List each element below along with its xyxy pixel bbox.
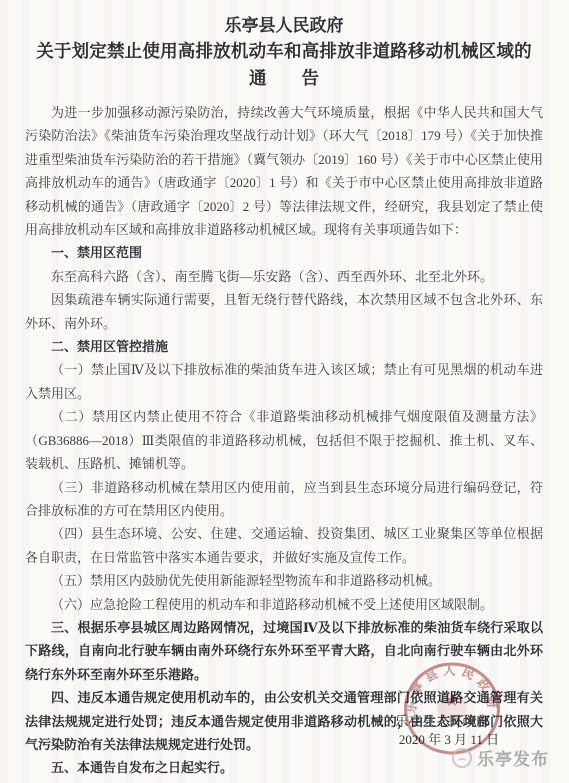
paragraph: （六）应急抢险工程使用的机动车和非道路移动机械不受上述使用区域限制。 [25,593,543,616]
paragraph: 一、禁用区范围 [25,241,543,264]
paragraph: （二）禁用区内禁止使用不符合《非道路柴油移动机械排气烟度限值及测量方法》（GB3… [25,405,543,475]
title-doc-type: 通 告 [25,65,543,92]
paragraph: （四）县生态环境、公安、住建、交通运输、投资集团、城区工业聚集区等单位根据各自职… [25,522,543,569]
paragraph: 二、禁用区管控措施 [25,335,543,358]
paragraph: （一）禁止国Ⅳ及以下排放标准的柴油货车进入该区域；禁止有可见黑烟的机动车进入禁用… [25,358,543,405]
title-authority: 乐亭县人民政府 [25,13,543,38]
paragraph: （三）非道路移动机械在禁用区内使用前，应当到县生态环境分局进行编码登记，符合排放… [25,476,543,523]
paragraph: 东至高科六路（含）、南至腾飞街—乐安路（含）、西至西外环、北至北外环。 [25,265,543,288]
paragraph: 因集疏港车辆实际通行需要，且暂无绕行替代路线，本次禁用区域不包含北外环、东外环、… [25,288,543,335]
notice-document: 乐亭县人民政府 关于划定禁止使用高排放机动车和高排放非道路移动机械区域的 通 告… [0,0,569,780]
publisher-watermark: 乐亭发布 [452,745,549,770]
scanned-document-page: { "doc": { "title_line1": "乐亭县人民政府", "ti… [0,0,569,783]
paragraph: 三、根据乐亭县城区周边路网情况，过境国Ⅳ及以下排放标准的柴油货车绕行采取以下路线… [25,616,543,686]
publisher-watermark-label: 乐亭发布 [477,745,549,770]
document-body: 为进一步加强移动源污染防治，持续改善大气环境质量，根据《中华人民共和国大气污染防… [25,101,543,780]
paragraph: （五）禁用区内鼓励优先使用新能源轻型物流车和非道路移动机械。 [25,569,543,592]
publisher-logo-icon [452,748,472,768]
document-title: 乐亭县人民政府 关于划定禁止使用高排放机动车和高排放非道路移动机械区域的 通 告 [25,13,543,92]
title-subject: 关于划定禁止使用高排放机动车和高排放非道路移动机械区域的 [25,38,543,65]
paragraph: 为进一步加强移动源污染防治，持续改善大气环境质量，根据《中华人民共和国大气污染防… [25,101,543,241]
